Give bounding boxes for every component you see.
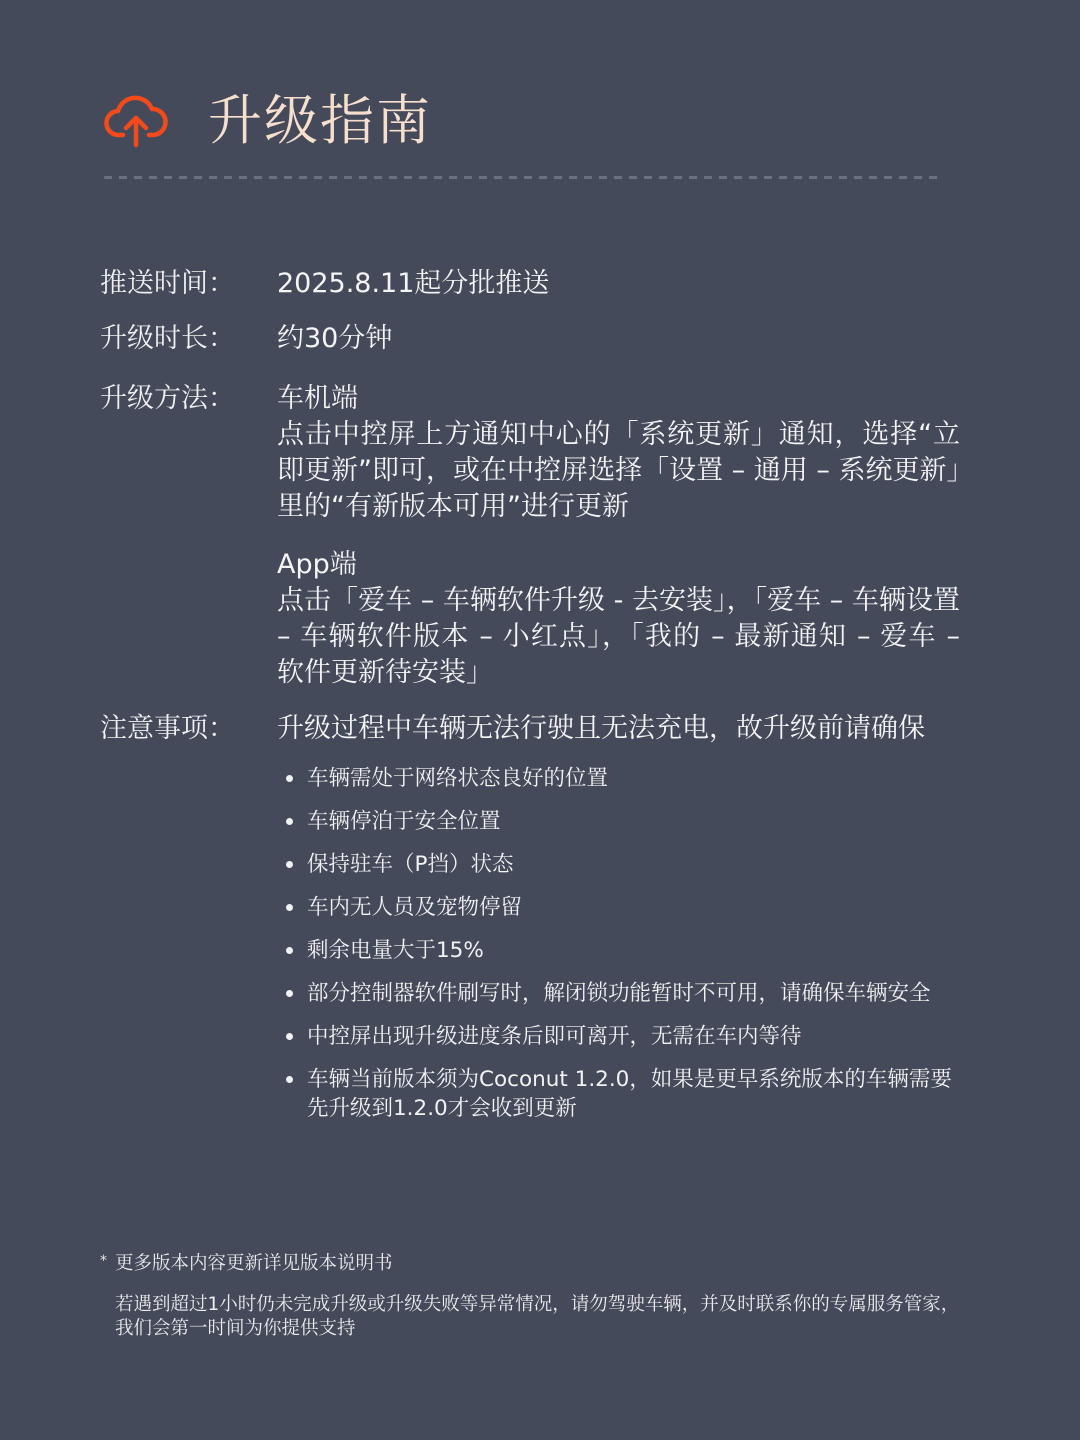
page-header: 升级指南 xyxy=(104,88,432,154)
method-app-block: App端 点击「爱车 – 车辆软件升级 - 去安装」，「爱车 – 车辆设置 – … xyxy=(277,547,960,691)
list-item-text: 车辆当前版本须为Coconut 1.2.0，如果是更早系统版本的车辆需要先升级到… xyxy=(307,1067,952,1121)
list-item: 保持驻车（P挡）状态 xyxy=(277,850,960,879)
method-app-title: App端 xyxy=(277,547,960,583)
support-footnote: 若遇到超过1小时仍未完成升级或升级失败等异常情况，请勿驾驶车辆，并及时联系你的专… xyxy=(100,1293,970,1341)
list-item: 部分控制器软件刷写时，解闭锁功能暂时不可用，请确保车辆安全 xyxy=(277,979,960,1008)
list-item: 中控屏出现升级进度条后即可离开，无需在车内等待 xyxy=(277,1022,960,1051)
list-item: 车辆当前版本须为Coconut 1.2.0，如果是更早系统版本的车辆需要先升级到… xyxy=(277,1065,960,1123)
bullet-dot-icon xyxy=(286,1076,293,1083)
bullet-dot-icon xyxy=(286,1033,293,1040)
method-car-desc: 点击中控屏上方通知中心的「系统更新」通知，选择“立即更新”即可，或在中控屏选择「… xyxy=(277,417,960,525)
asterisk-icon: * xyxy=(100,1248,107,1274)
push-time-label: 推送时间： xyxy=(100,266,277,302)
list-item: 剩余电量大于15% xyxy=(277,936,960,965)
list-item-text: 车辆需处于网络状态良好的位置 xyxy=(307,766,608,791)
push-time-value: 2025.8.11起分批推送 xyxy=(277,266,960,302)
bullet-dot-icon xyxy=(286,947,293,954)
bullet-dot-icon xyxy=(286,904,293,911)
cloud-upload-icon xyxy=(104,89,168,153)
list-item: 车辆停泊于安全位置 xyxy=(277,807,960,836)
footnotes: * 更多版本内容更新详见版本说明书 若遇到超过1小时仍未完成升级或升级失败等异常… xyxy=(100,1251,970,1341)
bullet-dot-icon xyxy=(286,990,293,997)
method-car-title: 车机端 xyxy=(277,381,960,417)
page-title: 升级指南 xyxy=(208,88,432,154)
dashed-divider xyxy=(104,176,938,179)
bullet-dot-icon xyxy=(286,775,293,782)
notice-intro: 升级过程中车辆无法行驶且无法充电，故升级前请确保 xyxy=(277,711,960,747)
list-item-text: 剩余电量大于15% xyxy=(307,938,484,963)
list-item-text: 保持驻车（P挡）状态 xyxy=(307,852,513,877)
method-label: 升级方法： xyxy=(100,381,277,417)
list-item: 车辆需处于网络状态良好的位置 xyxy=(277,764,960,793)
method-value: 车机端 点击中控屏上方通知中心的「系统更新」通知，选择“立即更新”即可，或在中控… xyxy=(277,381,960,691)
notice-label: 注意事项： xyxy=(100,711,277,747)
bullet-dot-icon xyxy=(286,818,293,825)
list-item-text: 中控屏出现升级进度条后即可离开，无需在车内等待 xyxy=(307,1024,802,1049)
duration-value: 约30分钟 xyxy=(277,321,960,357)
list-item-text: 部分控制器软件刷写时，解闭锁功能暂时不可用，请确保车辆安全 xyxy=(307,981,931,1006)
list-item-text: 车内无人员及宠物停留 xyxy=(307,895,522,920)
notice-row: 注意事项： 升级过程中车辆无法行驶且无法充电，故升级前请确保 车辆需处于网络状态… xyxy=(100,711,960,1137)
method-app-desc: 点击「爱车 – 车辆软件升级 - 去安装」，「爱车 – 车辆设置 – 车辆软件版… xyxy=(277,583,960,691)
bullet-dot-icon xyxy=(286,861,293,868)
method-row: 升级方法： 车机端 点击中控屏上方通知中心的「系统更新」通知，选择“立即更新”即… xyxy=(100,381,960,691)
notice-list: 车辆需处于网络状态良好的位置 车辆停泊于安全位置 保持驻车（P挡）状态 车内无人… xyxy=(277,764,960,1123)
duration-label: 升级时长： xyxy=(100,321,277,357)
method-car-block: 车机端 点击中控屏上方通知中心的「系统更新」通知，选择“立即更新”即可，或在中控… xyxy=(277,381,960,525)
duration-row: 升级时长： 约30分钟 xyxy=(100,321,960,357)
upgrade-info: 推送时间： 2025.8.11起分批推送 升级时长： 约30分钟 升级方法： 车… xyxy=(100,266,960,1137)
notice-value: 升级过程中车辆无法行驶且无法充电，故升级前请确保 车辆需处于网络状态良好的位置 … xyxy=(277,711,960,1137)
list-item: 车内无人员及宠物停留 xyxy=(277,893,960,922)
list-item-text: 车辆停泊于安全位置 xyxy=(307,809,501,834)
release-notes-footnote: * 更多版本内容更新详见版本说明书 xyxy=(100,1251,970,1277)
release-notes-text: 更多版本内容更新详见版本说明书 xyxy=(115,1253,393,1274)
push-time-row: 推送时间： 2025.8.11起分批推送 xyxy=(100,266,960,302)
